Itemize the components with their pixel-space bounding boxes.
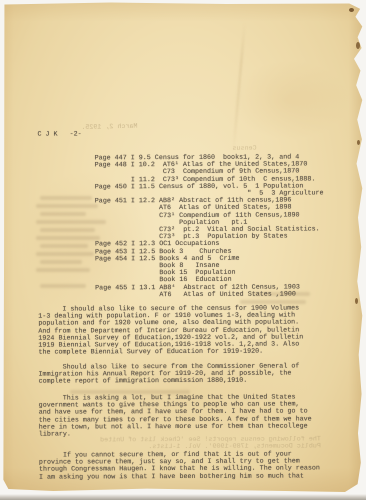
paragraph-line: the complete Biennial Survey of Educatio… (38, 349, 303, 357)
scanner-edge-shadow (0, 494, 366, 500)
typewritten-text: March 2, 1925. Census C J K -2- Page 447… (0, 0, 366, 500)
ghost-date-offset-print: March 2, 1925. (75, 124, 137, 133)
paragraph-line: complete report of immigration commissio… (39, 378, 300, 386)
census-reference-list: Page 447 I 9.5 Census for 1860 books1, 2… (95, 154, 324, 299)
paragraph-justification: This is asking a lot, but I imagine that… (39, 394, 312, 438)
paragraph-immigration-request: Should also like to secure from the Comm… (38, 363, 299, 386)
paragraph-fallback-plan: If you cannot secure them, or find that … (39, 451, 320, 481)
list-line: AT6 Atlas of United States ,1900 (95, 291, 324, 299)
scanned-letter-page: March 2, 1925. Census C J K -2- Page 447… (0, 0, 366, 500)
page-header-initials-and-number: C J K -2- (37, 131, 81, 138)
paragraph-line: here in town, but not all. I have more u… (39, 423, 312, 431)
ghost-center-offset-print: Census (205, 146, 257, 153)
paragraph-census-request: I should also like to secure of the cens… (38, 305, 303, 357)
paragraph-line: I am asking you now is that I have been … (39, 473, 320, 481)
